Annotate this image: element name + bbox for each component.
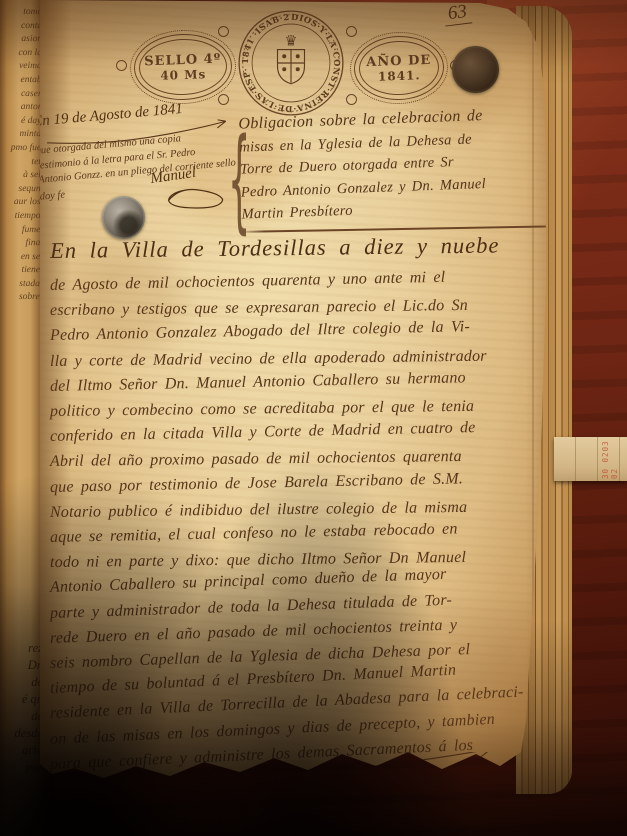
verso-fragment: fume [0, 223, 40, 237]
document-page: 63 SELLO 4º 40 Ms DIOS·Y·LA·CONST·REINA·… [40, 0, 562, 822]
verso-fragment: é day [1, 115, 41, 129]
verso-text-fragments-lower: rez Dn de é qn de desde ario por [1, 640, 43, 776]
verso-fragment: asion [2, 33, 42, 47]
document-heading: Obligacion sobre la celebracion de misas… [238, 102, 562, 226]
verso-fragment: minta [1, 128, 41, 142]
verso-fragment: à sel [1, 169, 41, 183]
stamp-ornament [116, 60, 127, 71]
verso-fragment: entab [2, 74, 42, 88]
stamp-class-label: SELLO 4º [144, 51, 221, 69]
verso-fragment: Dn [1, 657, 43, 674]
body-line: En la Villa de Tordesillas a diez y nueb… [50, 228, 552, 268]
shield-icon [278, 50, 305, 84]
verso-fragment: tiempo [0, 210, 40, 224]
photo-of-notarial-document: tomò conta asion con la veima entab case… [0, 0, 627, 836]
rubric-flourish-icon [157, 181, 229, 213]
verso-fragment: tomò [2, 6, 42, 20]
stamp-ornament [346, 94, 357, 105]
crown-icon: ♛ [284, 33, 297, 49]
verso-fragment: sobre [0, 291, 40, 305]
document-body: En la Villa de Tordesillas a diez y nueb… [50, 234, 552, 777]
verso-fragment: aur los [1, 196, 41, 210]
verso-fragment: é qn [1, 691, 43, 708]
verso-text-fragments: tomò conta asion con la veima entab case… [0, 6, 42, 305]
verso-fragment: de [1, 708, 43, 725]
tax-stamp-right-oval: AÑO DE 1841. [353, 34, 445, 101]
verso-fragment: pmo fue [1, 142, 41, 156]
verso-fragment: por [1, 759, 43, 776]
verso-fragment: tet [1, 155, 41, 169]
tax-stamp-left-oval: SELLO 4º 40 Ms [133, 32, 233, 101]
verso-fragment: conta [2, 19, 42, 33]
verso-fragment: veima [2, 60, 42, 74]
verso-fragment: stada [0, 278, 40, 292]
bookmark-tab: 30 0203 02 [554, 437, 627, 481]
verso-fragment: fina [0, 237, 40, 251]
verso-fragment: antor [1, 101, 41, 115]
stamp-year-label: AÑO DE [366, 52, 431, 69]
verso-fragment: sequn [1, 183, 41, 197]
verso-fragment: de [1, 674, 43, 691]
verso-fragment: tiene [0, 264, 40, 278]
stamp-year-value: 1841. [378, 68, 421, 83]
wax-seal [452, 46, 499, 93]
stamp-ornament [346, 26, 357, 37]
verso-fragment: con la [2, 47, 42, 61]
verso-fragment: en se [0, 251, 40, 265]
verso-fragment: desde [1, 725, 43, 742]
stamp-price-label: 40 Ms [160, 67, 206, 83]
verso-fragment: ario [1, 742, 43, 759]
bookmark-label: 30 0203 02 [601, 439, 619, 479]
verso-fragment: rez [1, 640, 43, 657]
stamp-ornament [218, 26, 229, 37]
verso-fragment: caser [1, 87, 41, 101]
